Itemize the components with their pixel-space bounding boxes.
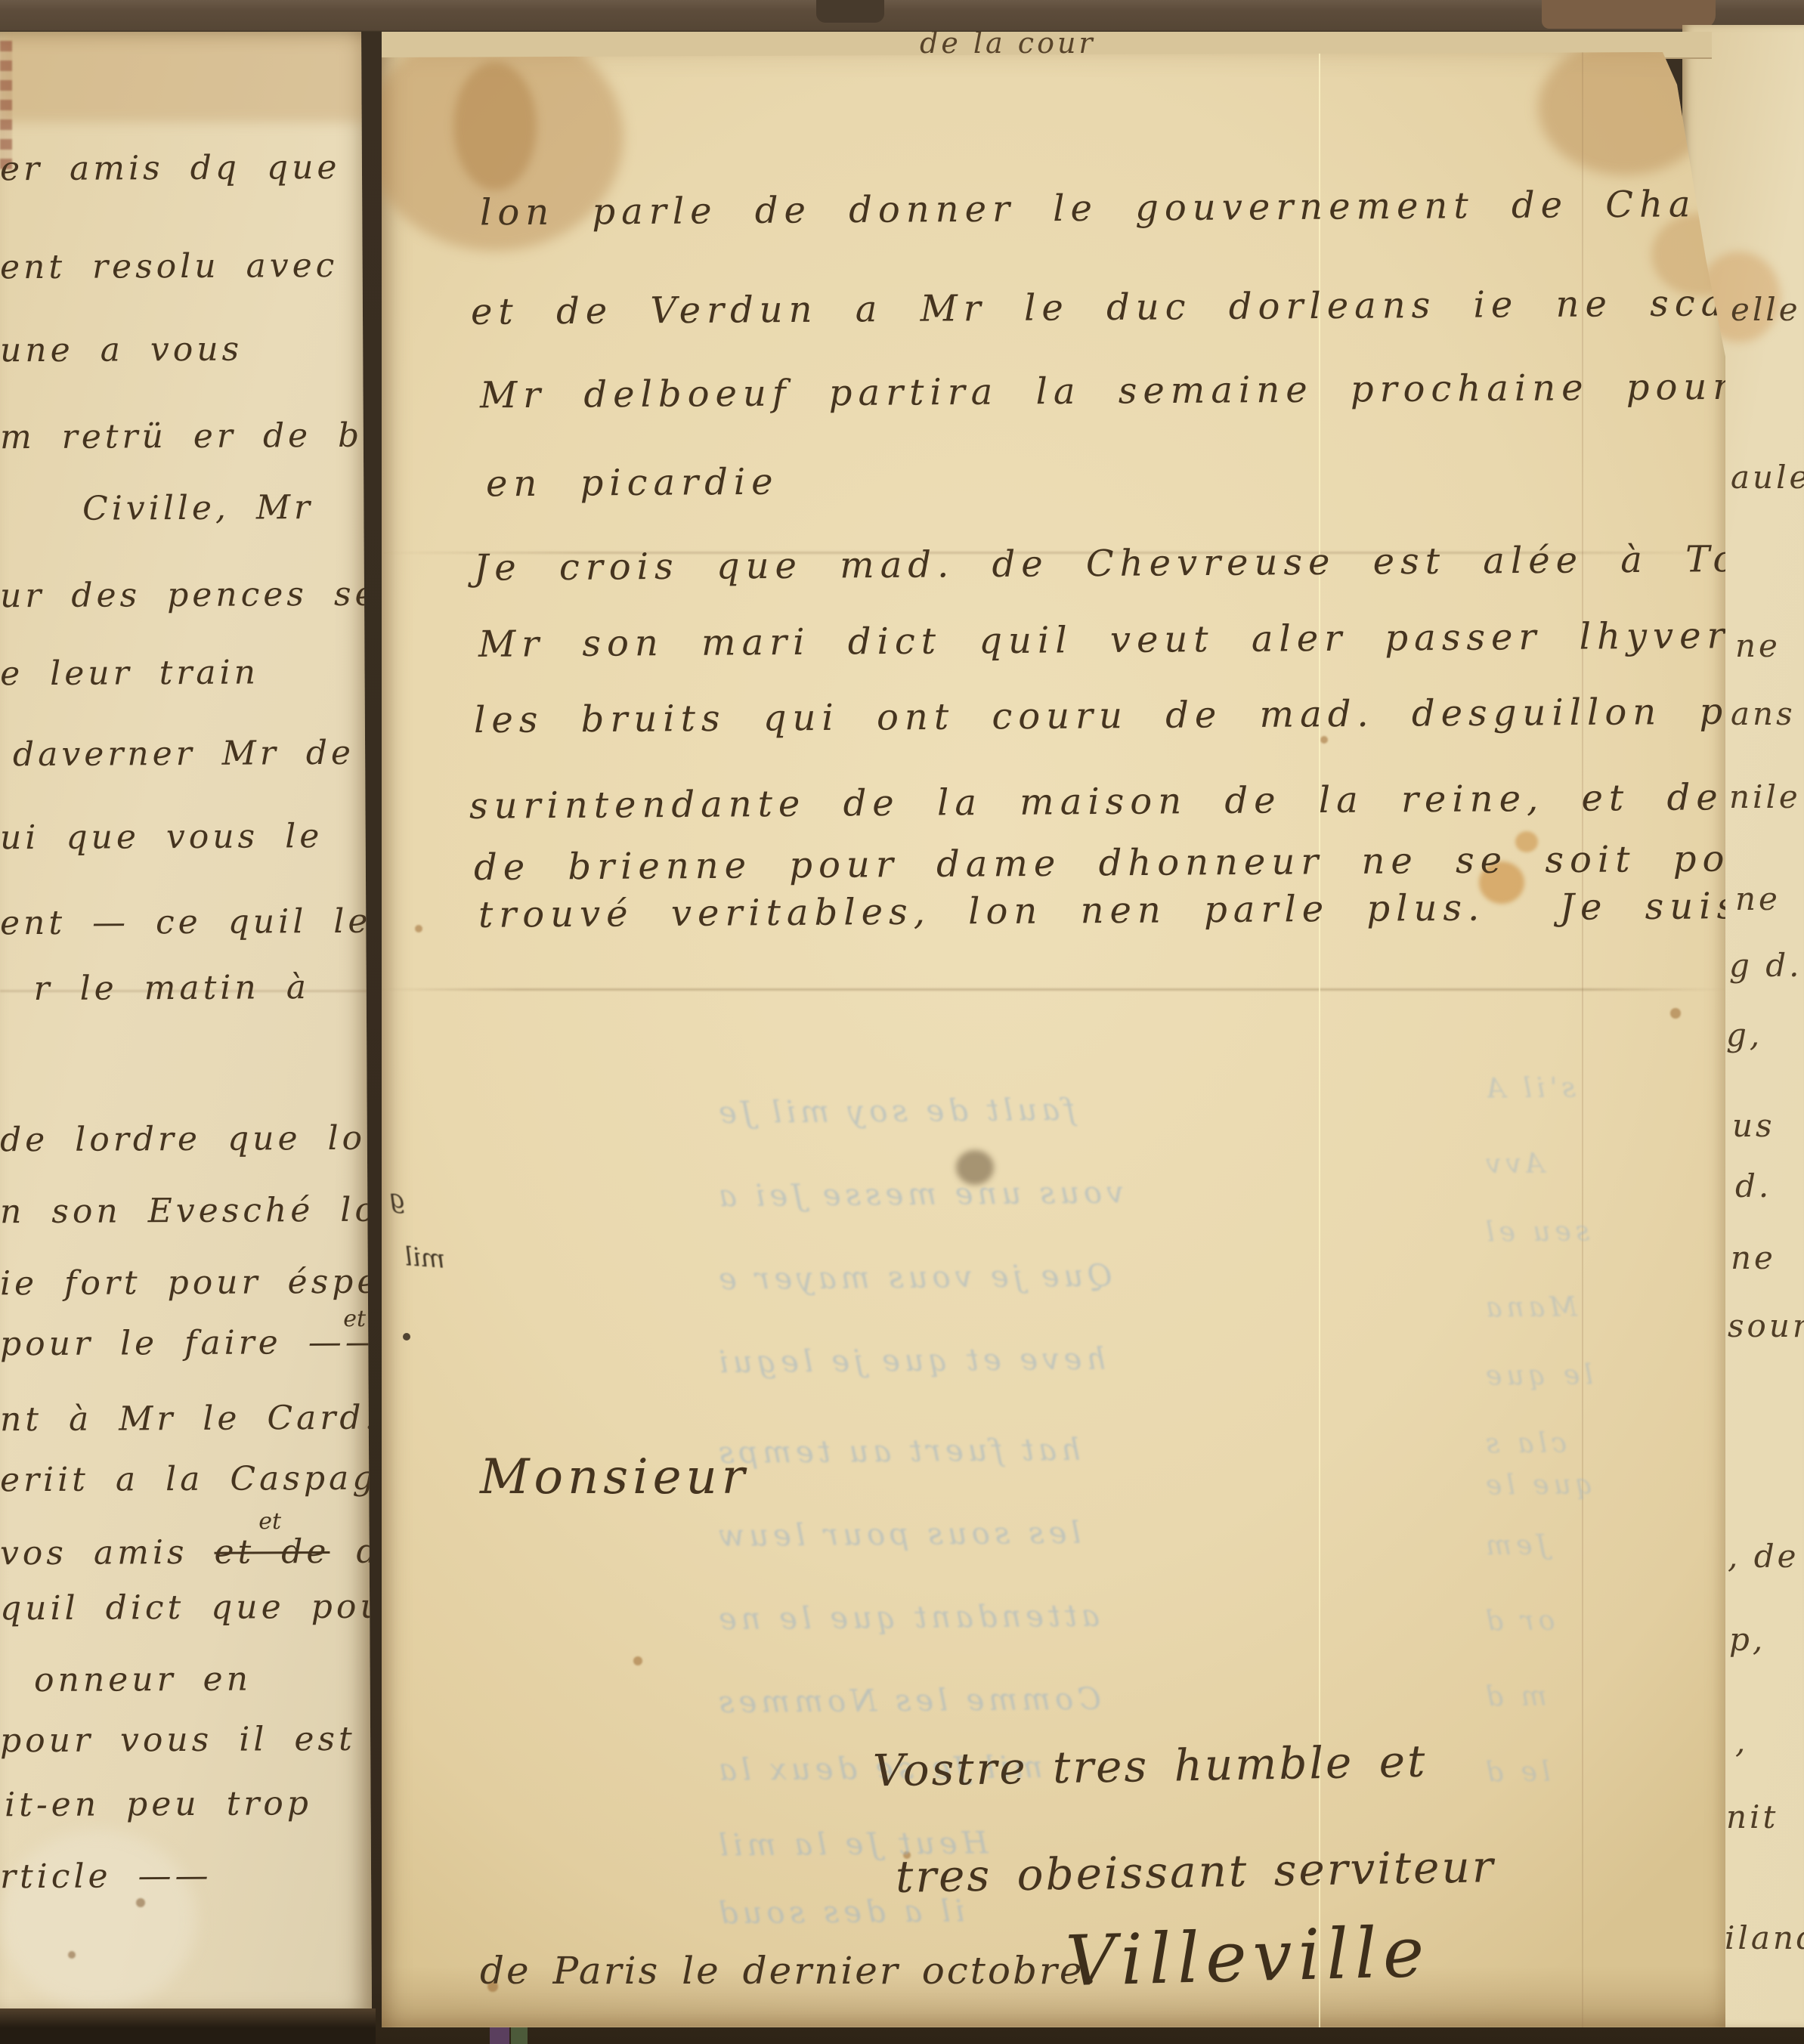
ghost-line: les sous pour leuw xyxy=(714,1517,1081,1552)
ghost-fragment: que le xyxy=(1481,1470,1593,1500)
handwritten-line: e leur train xyxy=(0,655,372,692)
handwritten-line: lon parle de donner le gouvernement de C… xyxy=(480,184,1804,232)
handwritten-line: Civille, Mr xyxy=(0,490,372,527)
line-end-fragment: g d. xyxy=(1729,949,1802,982)
ghost-fragment: Avv xyxy=(1481,1150,1545,1180)
handwritten-line: ur des pences se serve xyxy=(0,577,372,614)
line-end-fragment: , xyxy=(1735,1725,1748,1758)
handwritten-line: m retrü er de bône xyxy=(0,419,372,456)
ghost-line: heve et que je legui xyxy=(714,1344,1106,1379)
main-letter-page: fault de soy mil Je vous une messe Jei a… xyxy=(382,32,1725,2027)
ghost-fragment: le que xyxy=(1481,1361,1593,1390)
handwritten-line: les bruits qui ont couru de mad. desguil… xyxy=(474,692,1804,740)
fold-crease-vertical xyxy=(1582,32,1583,2027)
line-end-fragment: , de xyxy=(1728,1540,1799,1573)
line-end-fragment: us xyxy=(1732,1109,1775,1143)
cover-band-dark-notch xyxy=(816,0,884,23)
ghost-line: hat fuert au temps xyxy=(714,1434,1081,1469)
foxing-dot xyxy=(415,925,422,932)
foxing-dot xyxy=(633,1656,642,1665)
line-end-fragment: d. xyxy=(1735,1170,1772,1203)
handwritten-line: ent resolu avec xyxy=(0,249,372,286)
line-end-fragment: g, xyxy=(1726,1019,1762,1052)
handwritten-line: ui que vous le xyxy=(0,819,372,856)
handwritten-line: de lordre que lon xyxy=(0,1121,372,1158)
strike-text: et de xyxy=(214,1532,330,1572)
left-page: er amis dq que le ent resolu avec une a … xyxy=(0,32,372,2008)
handwritten-line: Mr delboeuf partira la semaine prochaine… xyxy=(480,367,1804,415)
line-end-fragment: iland xyxy=(1725,1922,1804,1955)
handwritten-line: de brienne pour dame dhonneur ne se soit… xyxy=(474,840,1798,887)
line-end-fragment: ans xyxy=(1731,697,1796,731)
ghost-fragment: Mana xyxy=(1481,1293,1577,1322)
superscript-correction: et xyxy=(0,1510,372,1534)
dateline: de Paris le dernier octobre. xyxy=(480,1951,1098,1991)
handwritten-line: et de Verdun a Mr le duc dorleans ie ne … xyxy=(471,281,1804,331)
foxing-dot xyxy=(136,1898,145,1907)
handwritten-line: ent — ce quil le — xyxy=(0,904,372,942)
handwritten-line: pour vous il est xyxy=(0,1722,372,1759)
handwritten-line: it-en peu trop xyxy=(0,1786,372,1823)
ghost-fragment: or d xyxy=(1481,1607,1555,1637)
foxing-dot xyxy=(68,1951,76,1959)
handwritten-line: eriit a la Caspagne xyxy=(0,1461,372,1498)
handwritten-line: n son Evesché lon xyxy=(0,1193,372,1230)
line-end-fragment: sour xyxy=(1728,1310,1804,1343)
line-end-fragment: elle xyxy=(1731,293,1801,326)
handwritten-line: onneur en xyxy=(0,1662,372,1699)
manuscript-scan: elle aule ne ans nile ne g d. g, us d. n… xyxy=(0,0,1804,2044)
line-end-fragment: nile xyxy=(1729,781,1801,814)
handwritten-line: en picardie xyxy=(486,463,779,503)
closing-line: tres obeissant serviteur xyxy=(896,1844,1496,1900)
fold-crease-vertical xyxy=(1319,32,1320,2027)
handwritten-line: une a vous xyxy=(0,332,372,369)
stain xyxy=(0,32,372,122)
foxing-dot xyxy=(1320,736,1328,744)
handwritten-line: Je crois que mad. de Chevreuse est alée … xyxy=(474,539,1804,587)
line-end-fragment: ne xyxy=(1731,1242,1776,1275)
ghost-line: Que je vous mayer e xyxy=(714,1260,1112,1296)
ink-dot xyxy=(403,1333,410,1341)
line-end-fragment: nit xyxy=(1726,1801,1778,1834)
closing-line: Vostre tres humble et xyxy=(873,1739,1428,1795)
strike-pre: vos amis xyxy=(0,1533,215,1572)
handwritten-line: surintendante de la maison de la reine, … xyxy=(469,777,1804,825)
handwritten-line-strikethrough: vos amis et de de xyxy=(0,1535,372,1572)
handwritten-line: daverner Mr de xyxy=(0,736,372,773)
fold-crease-horizontal xyxy=(382,988,1725,991)
ghost-line: vous une messe Jei a xyxy=(714,1177,1124,1213)
handwritten-line: r le matin à xyxy=(0,970,372,1007)
line-end-fragment: p, xyxy=(1729,1623,1765,1656)
ghost-line: Comme les Nommes xyxy=(714,1684,1101,1718)
ghost-fragment: Jem xyxy=(1481,1532,1548,1561)
ghost-fragment: m d xyxy=(1481,1683,1547,1712)
ghost-fragment: s'il A xyxy=(1481,1074,1576,1103)
stain xyxy=(453,62,537,190)
salutation: Monsieur xyxy=(480,1452,749,1503)
handwritten-line: trouvé veritables, lon nen parle plus. J… xyxy=(478,887,1742,934)
handwritten-line: quil dict que pour xyxy=(0,1590,372,1627)
margin-ink-blot: g xyxy=(388,1186,407,1214)
line-end-fragment: ne xyxy=(1735,883,1781,916)
ghost-fragment: cla s xyxy=(1481,1430,1567,1459)
handwritten-line: er amis dq que le xyxy=(0,150,372,187)
margin-ink-blot: mil xyxy=(404,1244,446,1273)
ghost-fragment: le d xyxy=(1481,1758,1551,1788)
handwritten-line: rticle —— xyxy=(0,1858,372,1895)
handwritten-line: nt à Mr le Card. xyxy=(0,1401,372,1438)
ghost-line: fault de soy mil Je xyxy=(714,1094,1075,1129)
foxing-dot xyxy=(1670,1008,1681,1019)
handwritten-line: Mr son mari dict quil veut aler passer l… xyxy=(478,617,1744,663)
left-page-bottom-shadow xyxy=(0,2008,376,2044)
handwritten-line: ie fort pour éspersh xyxy=(0,1265,372,1302)
line-end-fragment: ne xyxy=(1735,629,1781,663)
line-end-fragment: aule xyxy=(1731,461,1804,494)
handwritten-line: pour le faire —— xyxy=(0,1325,372,1362)
ghost-fragment: seu el xyxy=(1481,1217,1590,1247)
signature: Villeville xyxy=(1065,1916,1431,1999)
ghost-line: attendant que le ne xyxy=(714,1600,1100,1635)
